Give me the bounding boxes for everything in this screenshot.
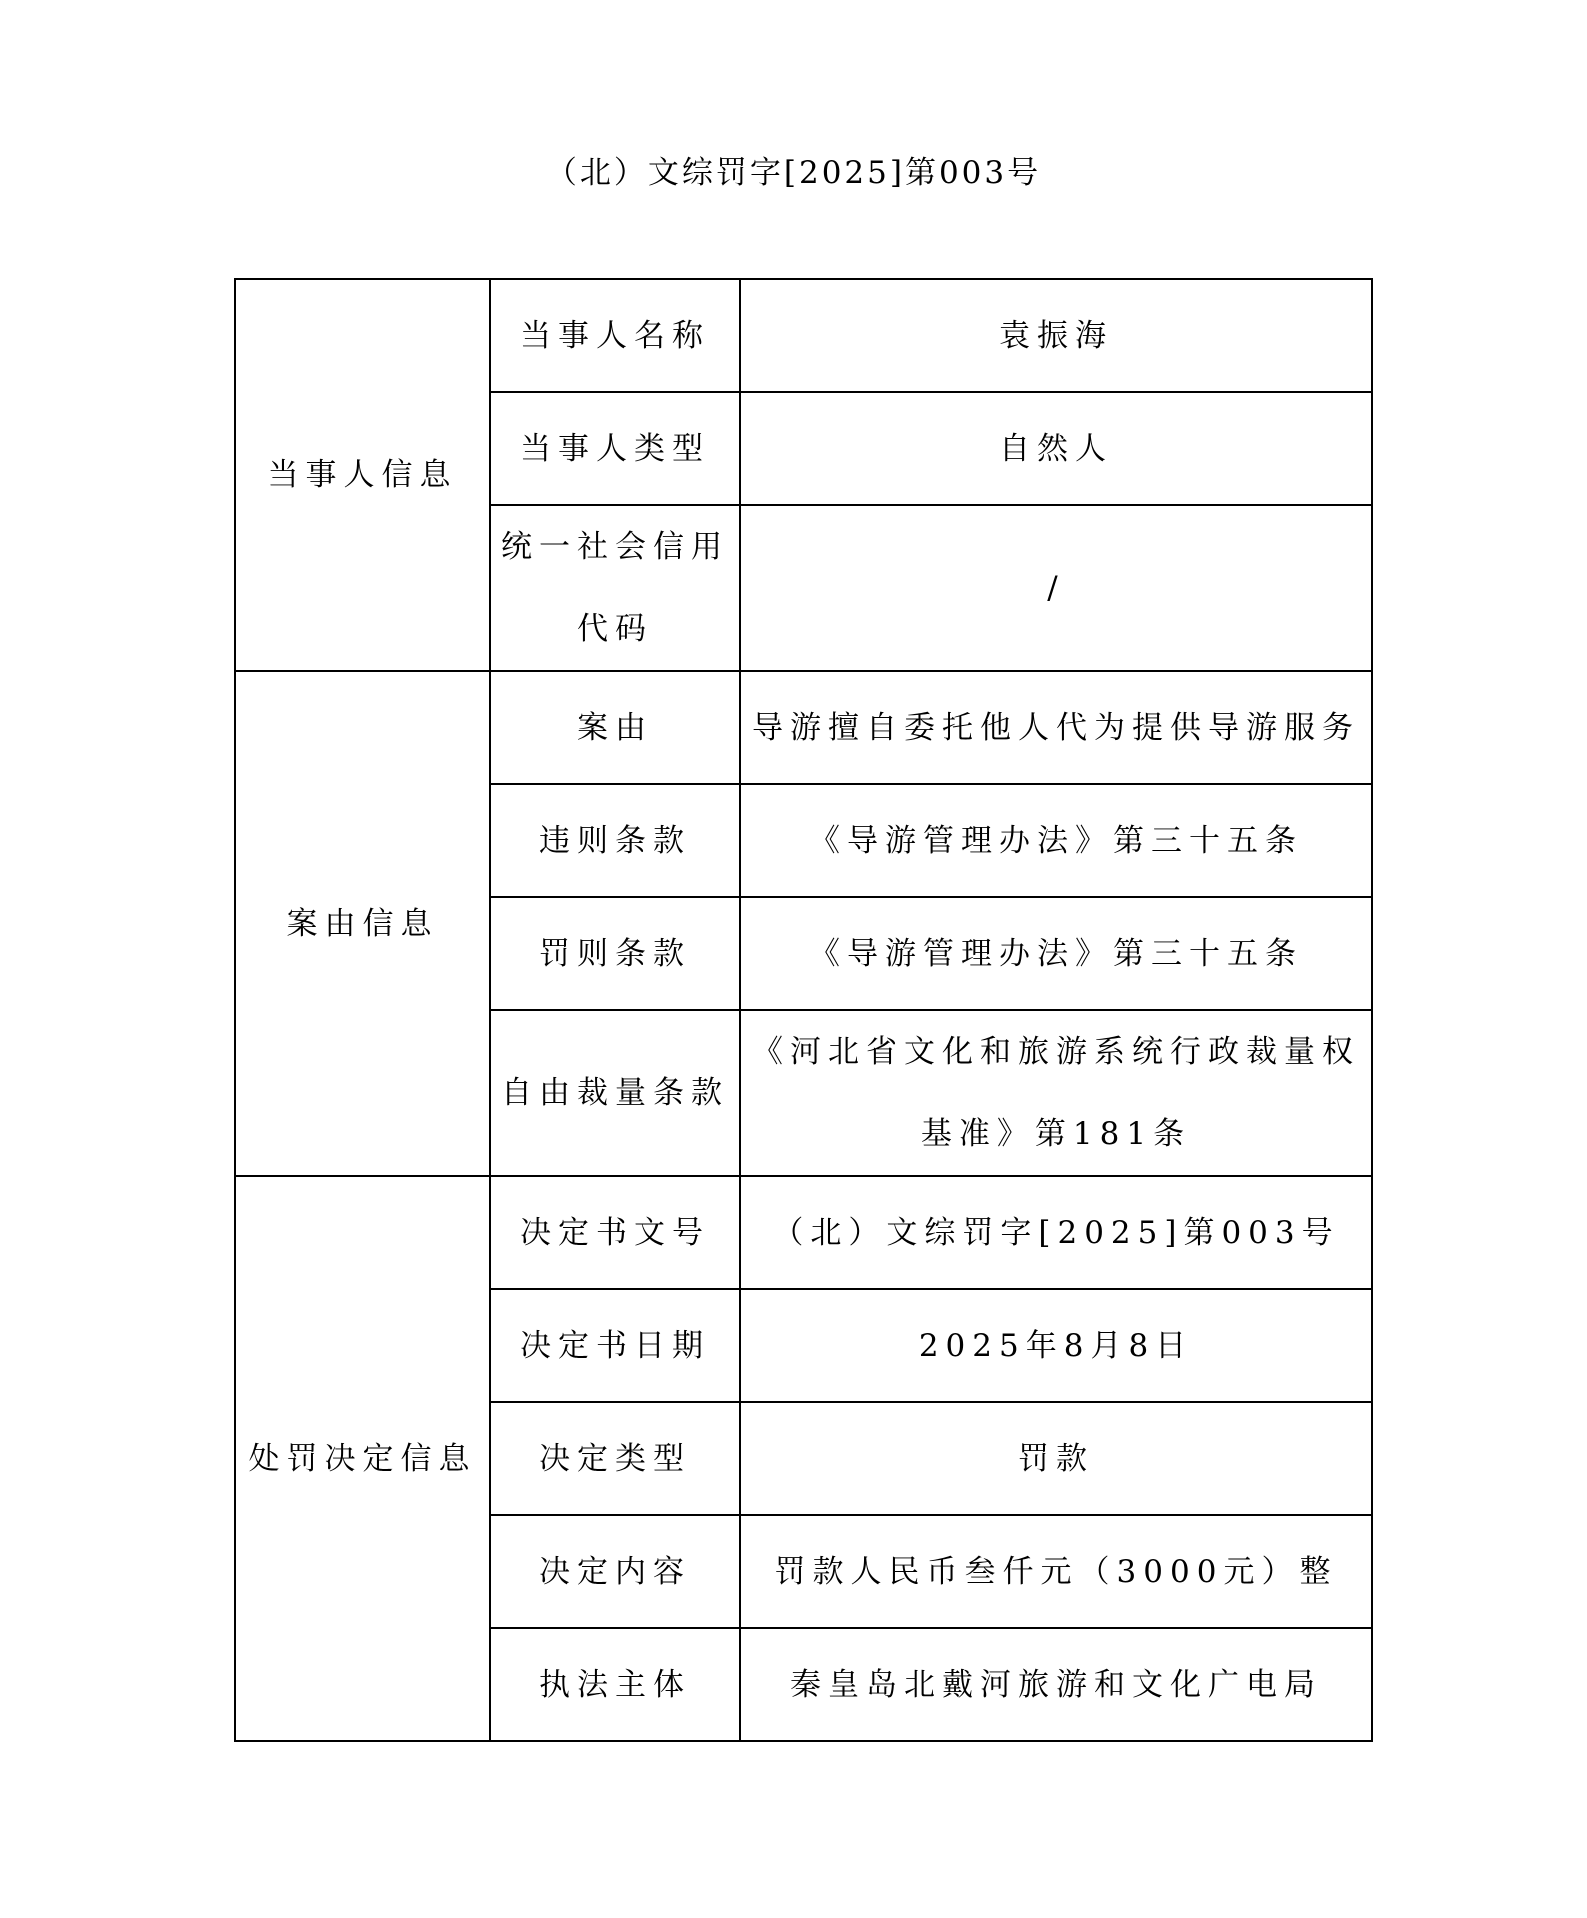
field-value-penalty-clause: 《导游管理办法》第三十五条	[740, 897, 1372, 1010]
penalty-info-table: 当事人信息 当事人名称 袁振海 当事人类型 自然人 统一社会信用代码 / 案由信…	[234, 278, 1373, 1742]
field-label-penalty-clause: 罚则条款	[490, 897, 740, 1010]
field-value-case-cause: 导游擅自委托他人代为提供导游服务	[740, 671, 1372, 784]
field-value-decision-type: 罚款	[740, 1402, 1372, 1515]
table-row: 处罚决定信息 决定书文号 （北）文综罚字[2025]第003号	[235, 1176, 1372, 1289]
field-label-decision-number: 决定书文号	[490, 1176, 740, 1289]
section-label-party: 当事人信息	[235, 279, 490, 671]
field-value-decision-number: （北）文综罚字[2025]第003号	[740, 1176, 1372, 1289]
field-label-discretion-clause: 自由裁量条款	[490, 1010, 740, 1176]
field-value-party-name: 袁振海	[740, 279, 1372, 392]
section-label-case: 案由信息	[235, 671, 490, 1176]
field-label-party-type: 当事人类型	[490, 392, 740, 505]
field-label-credit-code: 统一社会信用代码	[490, 505, 740, 671]
field-label-party-name: 当事人名称	[490, 279, 740, 392]
field-label-violated-clause: 违则条款	[490, 784, 740, 897]
field-value-enforcement-body: 秦皇岛北戴河旅游和文化广电局	[740, 1628, 1372, 1741]
table-row: 案由信息 案由 导游擅自委托他人代为提供导游服务	[235, 671, 1372, 784]
field-label-decision-type: 决定类型	[490, 1402, 740, 1515]
field-value-discretion-clause: 《河北省文化和旅游系统行政裁量权基准》第181条	[740, 1010, 1372, 1176]
field-value-decision-date: 2025年8月8日	[740, 1289, 1372, 1402]
field-value-violated-clause: 《导游管理办法》第三十五条	[740, 784, 1372, 897]
field-value-decision-content: 罚款人民币叁仟元（3000元）整	[740, 1515, 1372, 1628]
field-value-party-type: 自然人	[740, 392, 1372, 505]
field-label-enforcement-body: 执法主体	[490, 1628, 740, 1741]
field-label-case-cause: 案由	[490, 671, 740, 784]
section-label-decision: 处罚决定信息	[235, 1176, 490, 1741]
field-value-credit-code: /	[740, 505, 1372, 671]
field-label-decision-date: 决定书日期	[490, 1289, 740, 1402]
document-title: （北）文综罚字[2025]第003号	[0, 148, 1587, 198]
table-row: 当事人信息 当事人名称 袁振海	[235, 279, 1372, 392]
field-label-decision-content: 决定内容	[490, 1515, 740, 1628]
